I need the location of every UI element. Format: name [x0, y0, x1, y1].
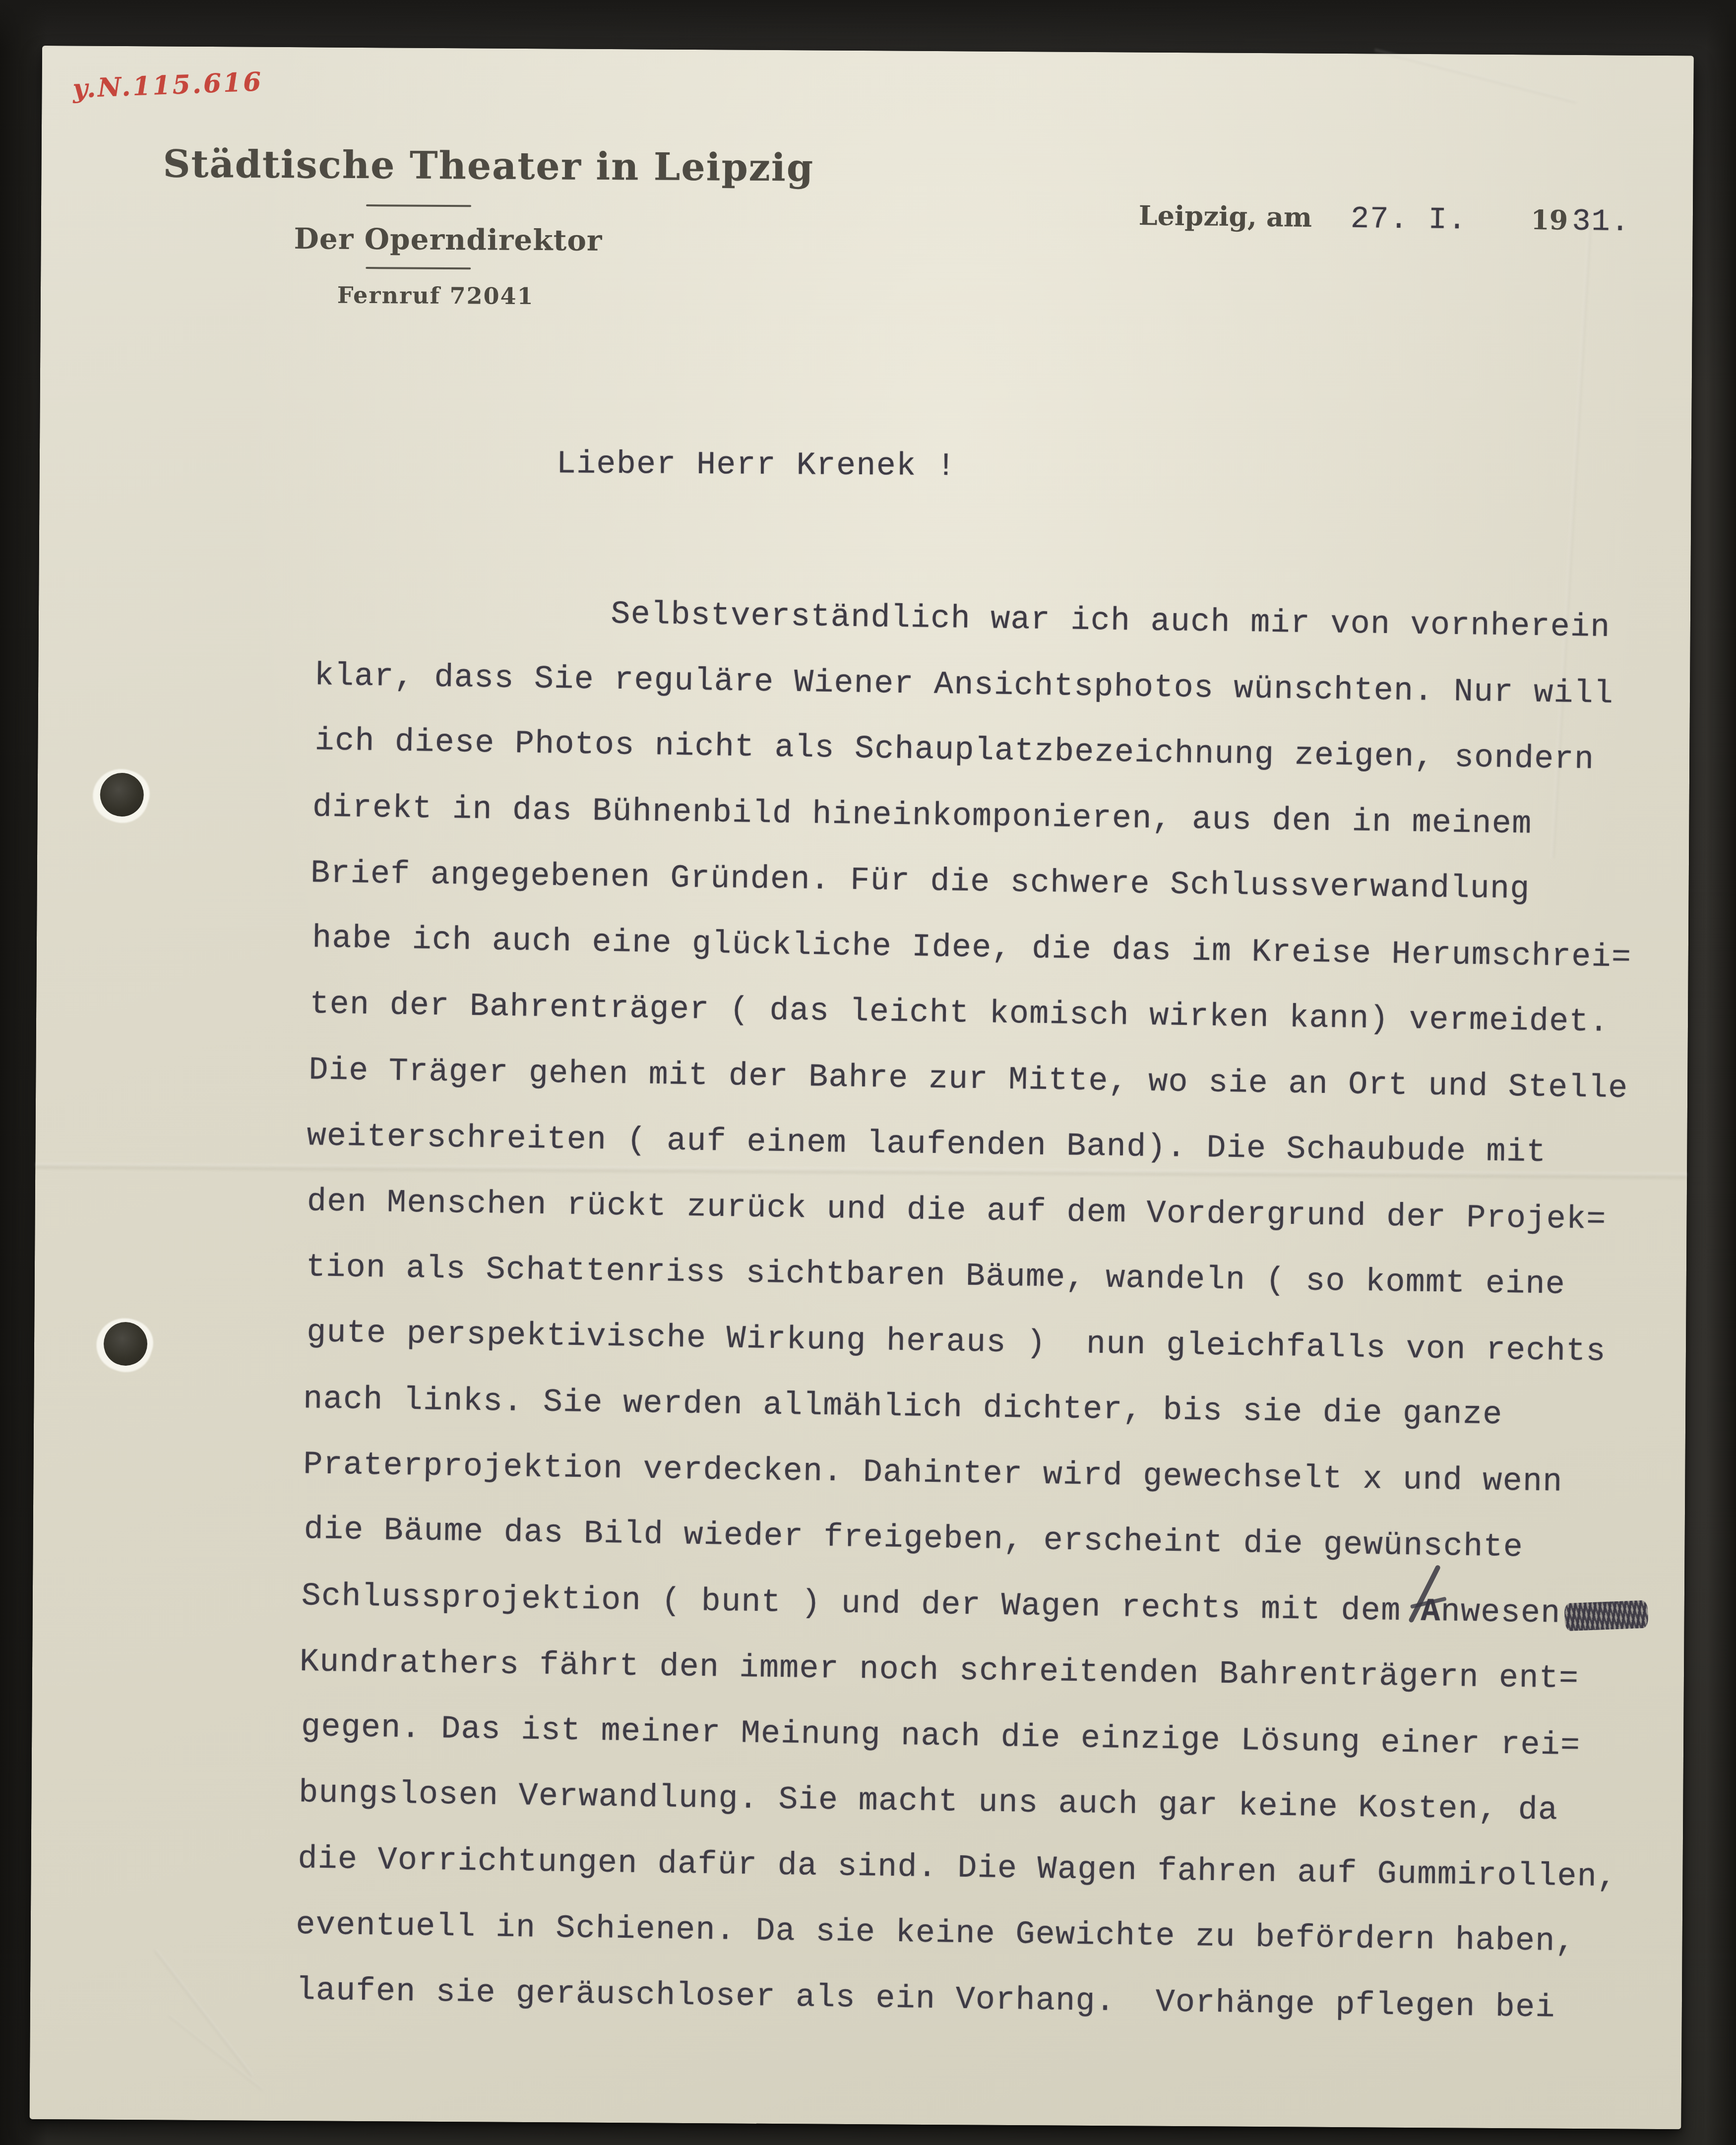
- dateline: Leipzig, am27. I.1931.: [1129, 190, 1630, 249]
- dateline-typed-year: 31.: [1572, 204, 1630, 240]
- letterhead-rule-2: [366, 267, 471, 269]
- letter-body: Selbstverständlich war ich auch mir von …: [296, 577, 1704, 2042]
- letterhead-department: Der Operndirektor: [294, 222, 602, 257]
- scan-edge-top: [0, 0, 1736, 50]
- letter-sheet: y.N.115.616 Städtische Theater in Leipzi…: [29, 46, 1693, 2129]
- struck-line-rest: nwesen: [1440, 1593, 1561, 1632]
- dateline-printed-century: 19: [1531, 204, 1568, 236]
- dateline-typed-day-month: 27. I.: [1351, 201, 1468, 238]
- struck-line-pre: Schlussprojektion ( bunt ) und der Wagen…: [301, 1577, 1401, 1630]
- wrinkle-bottom-left-2: [168, 2014, 263, 2090]
- scan-edge-right: [1706, 0, 1736, 2145]
- letterhead-organization: Städtische Theater in Leipzig: [163, 141, 814, 189]
- archive-number-handwritten: y.N.115.616: [72, 66, 264, 104]
- punch-hole-bottom: [104, 1322, 148, 1366]
- dateline-printed-place: Leipzig, am: [1138, 199, 1312, 233]
- wrinkle-top-right: [1374, 49, 1577, 104]
- punch-hole-top: [100, 773, 144, 817]
- overstruck-letter: A: [1421, 1578, 1441, 1644]
- letterhead-phone: Fernruf 72041: [337, 282, 534, 310]
- letterhead-rule-1: [366, 204, 471, 207]
- scribbled-out-word: [1564, 1600, 1648, 1631]
- wrinkle-bottom-left-1: [154, 1949, 253, 2077]
- salutation: Lieber Herr Krenek !: [557, 445, 957, 485]
